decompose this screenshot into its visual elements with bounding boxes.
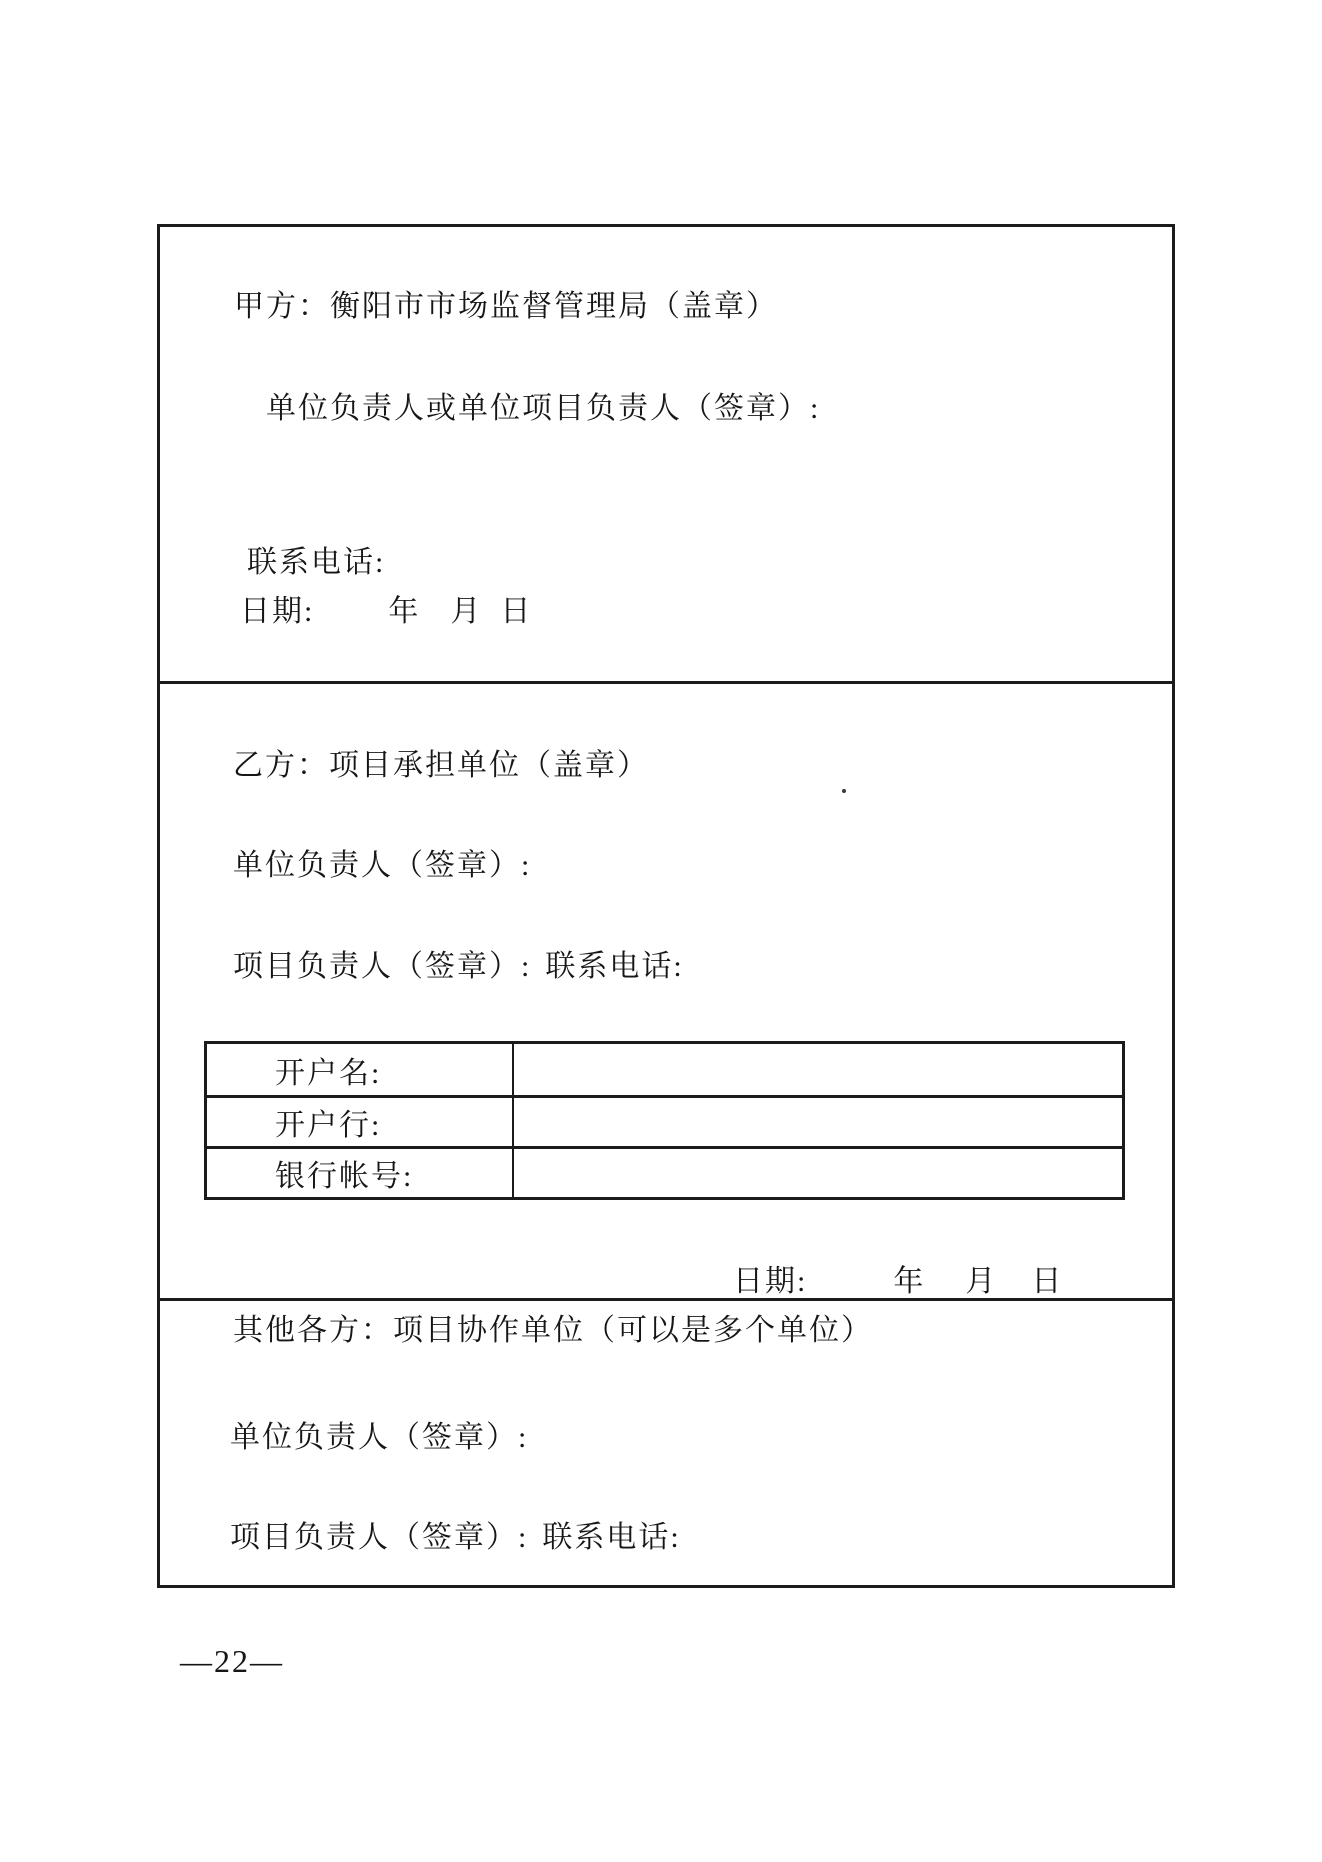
date-day: 日 — [1031, 1265, 1063, 1298]
bank-branch-value — [514, 1098, 1122, 1146]
party-b-phone-label: 联系电话: — [545, 950, 683, 983]
bank-account-number-value — [514, 1149, 1122, 1197]
date-label: 日期: — [240, 595, 314, 628]
date-year: 年 — [893, 1265, 925, 1298]
account-name-value — [514, 1044, 1122, 1095]
page-number: —22— — [180, 1643, 284, 1680]
party-b-date-line: 日期:年月日 — [733, 1265, 1063, 1299]
date-month: 月 — [965, 1265, 997, 1298]
party-b-unit-head-line: 单位负责人（签章）: — [233, 849, 531, 883]
date-month: 月 — [450, 595, 482, 628]
table-row: 开户名: — [207, 1044, 1122, 1095]
date-label: 日期: — [733, 1265, 807, 1298]
table-row: 开户行: — [207, 1095, 1122, 1146]
project-head-label: 项目负责人（签章）: — [230, 1521, 528, 1554]
bank-account-table: 开户名: 开户行: 银行帐号: — [204, 1041, 1125, 1200]
section-divider-1 — [159, 681, 1173, 684]
date-day: 日 — [500, 595, 532, 628]
date-year: 年 — [388, 595, 420, 628]
party-a-title: 甲方：衡阳市市场监督管理局（盖章） — [234, 290, 778, 324]
other-parties-project-head-line: 项目负责人（签章）:联系电话: — [230, 1521, 681, 1555]
party-b-title: 乙方：项目承担单位（盖章） — [233, 749, 649, 783]
party-b-project-head-line: 项目负责人（签章）:联系电话: — [233, 950, 684, 984]
project-head-label: 项目负责人（签章）: — [233, 950, 531, 983]
other-parties-title: 其他各方：项目协作单位（可以是多个单位） — [233, 1314, 873, 1348]
other-parties-phone-label: 联系电话: — [542, 1521, 680, 1554]
bank-branch-label: 开户行: — [207, 1098, 514, 1146]
party-a-phone-label: 联系电话: — [247, 546, 385, 580]
party-a-responsible-line: 单位负责人或单位项目负责人（签章）: — [266, 392, 820, 426]
table-row: 银行帐号: — [207, 1146, 1122, 1197]
scan-speck — [842, 789, 846, 793]
party-a-date-line: 日期:年月日 — [240, 595, 532, 629]
account-name-label: 开户名: — [207, 1044, 514, 1095]
signature-box-border — [157, 224, 1175, 1588]
other-parties-unit-head-line: 单位负责人（签章）: — [230, 1421, 528, 1455]
bank-account-number-label: 银行帐号: — [207, 1149, 514, 1197]
scanned-contract-page: 甲方：衡阳市市场监督管理局（盖章） 单位负责人或单位项目负责人（签章）: 联系电… — [0, 0, 1322, 1862]
